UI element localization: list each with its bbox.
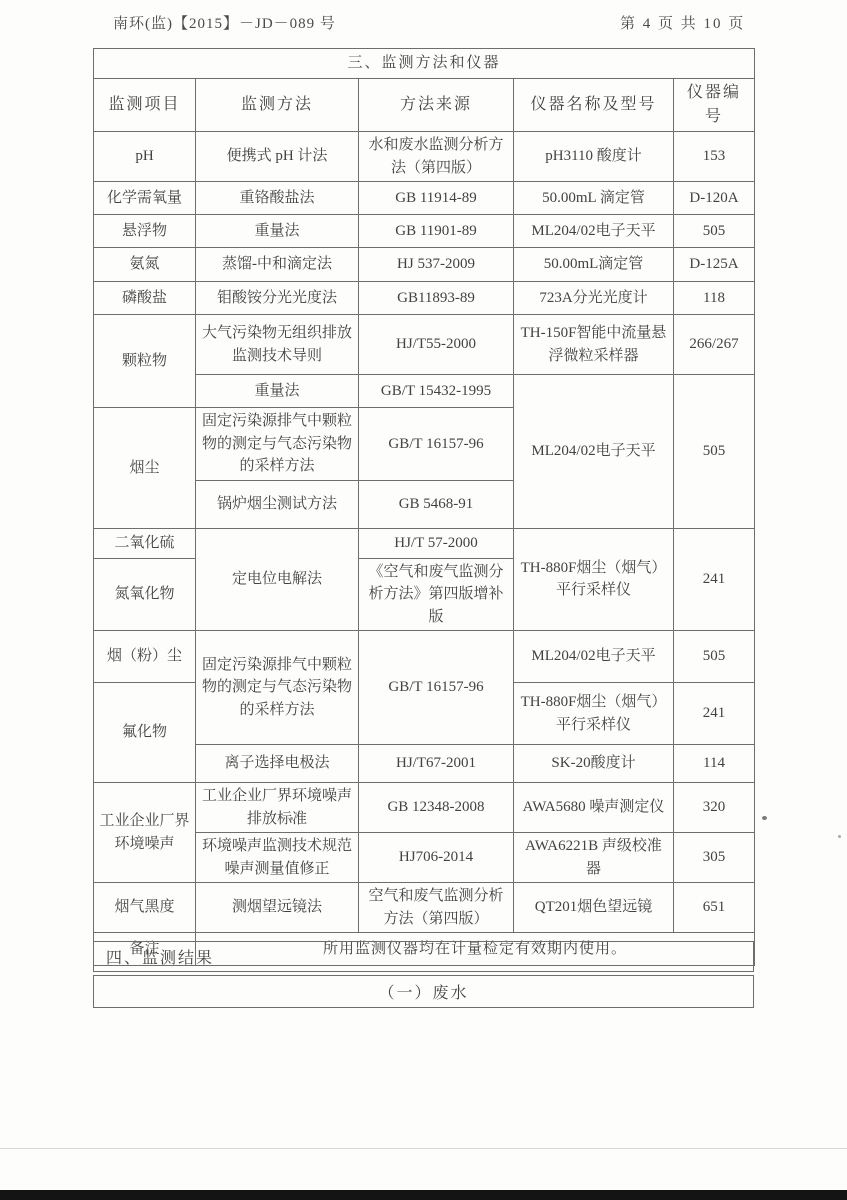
cell-source: HJ 537-2009 — [359, 248, 514, 282]
table-row: 烟气黑度 测烟望远镜法 空气和废气监测分析方法（第四版） QT201烟色望远镜 … — [94, 883, 755, 933]
scan-speck — [838, 835, 841, 838]
subsection-wastewater-title: （一）废水 — [378, 980, 468, 1003]
cell-method: 重铬酸盐法 — [196, 182, 359, 215]
cell-code: 505 — [674, 375, 755, 529]
cell-source: GB/T 15432-1995 — [359, 375, 514, 408]
col-header-method: 监测方法 — [196, 79, 359, 132]
cell-code: 114 — [674, 745, 755, 783]
cell-method: 便携式 pH 计法 — [196, 132, 359, 182]
cell-method: 定电位电解法 — [196, 528, 359, 631]
cell-code: 241 — [674, 683, 755, 745]
cell-method: 环境噪声监测技术规范噪声测量值修正 — [196, 833, 359, 883]
cell-method: 蒸馏-中和滴定法 — [196, 248, 359, 282]
cell-item: 氟化物 — [94, 683, 196, 783]
table-row: 烟（粉）尘 固定污染源排气中颗粒物的测定与气态污染物的采样方法 GB/T 161… — [94, 631, 755, 683]
cell-method: 固定污染源排气中颗粒物的测定与气态污染物的采样方法 — [196, 631, 359, 745]
cell-instrument: AWA6221B 声级校准器 — [514, 833, 674, 883]
cell-code: 118 — [674, 282, 755, 315]
cell-instrument: TH-880F烟尘（烟气）平行采样仪 — [514, 528, 674, 631]
cell-source: 《空气和废气监测分析方法》第四版增补版 — [359, 558, 514, 631]
cell-source: 水和废水监测分析方法（第四版） — [359, 132, 514, 182]
col-header-instrument: 仪器名称及型号 — [514, 79, 674, 132]
cell-method: 工业企业厂界环境噪声排放标准 — [196, 783, 359, 833]
col-header-item: 监测项目 — [94, 79, 196, 132]
scan-paper-edge-line — [0, 1148, 847, 1149]
cell-item: 氨氮 — [94, 248, 196, 282]
cell-instrument: SK-20酸度计 — [514, 745, 674, 783]
cell-method: 重量法 — [196, 375, 359, 408]
cell-source: HJ/T 57-2000 — [359, 528, 514, 558]
cell-item: 二氧化硫 — [94, 528, 196, 558]
document-number: 南环(监)【2015】－JD－089 号 — [113, 12, 336, 33]
cell-instrument: TH-880F烟尘（烟气）平行采样仪 — [514, 683, 674, 745]
cell-source: GB11893-89 — [359, 282, 514, 315]
cell-code: D-125A — [674, 248, 755, 282]
cell-code: 305 — [674, 833, 755, 883]
cell-item: 化学需氧量 — [94, 182, 196, 215]
cell-instrument: ML204/02电子天平 — [514, 631, 674, 683]
cell-source: GB/T 16157-96 — [359, 408, 514, 481]
cell-instrument: pH3110 酸度计 — [514, 132, 674, 182]
cell-method: 钼酸铵分光光度法 — [196, 282, 359, 315]
table-header-row: 监测项目 监测方法 方法来源 仪器名称及型号 仪器编号 — [94, 79, 755, 132]
cell-source: HJ706-2014 — [359, 833, 514, 883]
table-row: 颗粒物 大气污染物无组织排放监测技术导则 HJ/T55-2000 TH-150F… — [94, 315, 755, 375]
cell-method: 测烟望远镜法 — [196, 883, 359, 933]
section4-title: 四、监测结果 — [106, 945, 214, 968]
scanned-document-page: 南环(监)【2015】－JD－089 号 第 4 页 共 10 页 三、监测方法… — [0, 0, 847, 1200]
cell-instrument: ML204/02电子天平 — [514, 215, 674, 248]
table-row: 磷酸盐 钼酸铵分光光度法 GB11893-89 723A分光光度计 118 — [94, 282, 755, 315]
cell-code: 505 — [674, 215, 755, 248]
cell-source: GB/T 16157-96 — [359, 631, 514, 745]
cell-instrument: AWA5680 噪声测定仪 — [514, 783, 674, 833]
cell-method: 锅炉烟尘测试方法 — [196, 480, 359, 528]
table-row: 工业企业厂界环境噪声 工业企业厂界环境噪声排放标准 GB 12348-2008 … — [94, 783, 755, 833]
table-title-row: 三、监测方法和仪器 — [94, 49, 755, 79]
cell-source: GB 11914-89 — [359, 182, 514, 215]
cell-code: 241 — [674, 528, 755, 631]
table-row: 氨氮 蒸馏-中和滴定法 HJ 537-2009 50.00mL滴定管 D-125… — [94, 248, 755, 282]
cell-instrument: 50.00mL滴定管 — [514, 248, 674, 282]
cell-instrument: 50.00mL 滴定管 — [514, 182, 674, 215]
cell-code: 266/267 — [674, 315, 755, 375]
cell-source: 空气和废气监测分析方法（第四版） — [359, 883, 514, 933]
cell-method: 固定污染源排气中颗粒物的测定与气态污染物的采样方法 — [196, 408, 359, 481]
cell-code: 320 — [674, 783, 755, 833]
cell-method: 离子选择电极法 — [196, 745, 359, 783]
cell-instrument: ML204/02电子天平 — [514, 375, 674, 529]
table-row: 二氧化硫 定电位电解法 HJ/T 57-2000 TH-880F烟尘（烟气）平行… — [94, 528, 755, 558]
cell-method: 大气污染物无组织排放监测技术导则 — [196, 315, 359, 375]
page-number: 第 4 页 共 10 页 — [620, 12, 745, 33]
cell-item: 颗粒物 — [94, 315, 196, 408]
cell-item: 烟（粉）尘 — [94, 631, 196, 683]
cell-code: D-120A — [674, 182, 755, 215]
cell-item: 烟气黑度 — [94, 883, 196, 933]
section4-subsection-box: （一）废水 — [93, 975, 754, 1008]
section4-title-box: 四、监测结果 — [93, 941, 754, 972]
cell-source: GB 12348-2008 — [359, 783, 514, 833]
cell-item: 工业企业厂界环境噪声 — [94, 783, 196, 883]
col-header-source: 方法来源 — [359, 79, 514, 132]
scan-speck — [762, 816, 767, 820]
table-row: 悬浮物 重量法 GB 11901-89 ML204/02电子天平 505 — [94, 215, 755, 248]
cell-instrument: TH-150F智能中流量悬浮微粒采样器 — [514, 315, 674, 375]
scan-bottom-black-bar — [0, 1190, 847, 1200]
table-row: pH 便携式 pH 计法 水和废水监测分析方法（第四版） pH3110 酸度计 … — [94, 132, 755, 182]
scan-speck — [290, 817, 293, 820]
cell-source: HJ/T67-2001 — [359, 745, 514, 783]
cell-code: 505 — [674, 631, 755, 683]
table-row: 化学需氧量 重铬酸盐法 GB 11914-89 50.00mL 滴定管 D-12… — [94, 182, 755, 215]
cell-item: 氮氧化物 — [94, 558, 196, 631]
cell-item: 烟尘 — [94, 408, 196, 529]
cell-code: 153 — [674, 132, 755, 182]
cell-source: GB 5468-91 — [359, 480, 514, 528]
monitoring-methods-table: 三、监测方法和仪器 监测项目 监测方法 方法来源 仪器名称及型号 仪器编号 pH… — [93, 48, 755, 966]
col-header-code: 仪器编号 — [674, 79, 755, 132]
cell-method: 重量法 — [196, 215, 359, 248]
cell-item: 磷酸盐 — [94, 282, 196, 315]
cell-item: pH — [94, 132, 196, 182]
cell-instrument: 723A分光光度计 — [514, 282, 674, 315]
cell-item: 悬浮物 — [94, 215, 196, 248]
section3-title: 三、监测方法和仪器 — [94, 49, 755, 79]
cell-code: 651 — [674, 883, 755, 933]
cell-source: HJ/T55-2000 — [359, 315, 514, 375]
cell-source: GB 11901-89 — [359, 215, 514, 248]
cell-instrument: QT201烟色望远镜 — [514, 883, 674, 933]
